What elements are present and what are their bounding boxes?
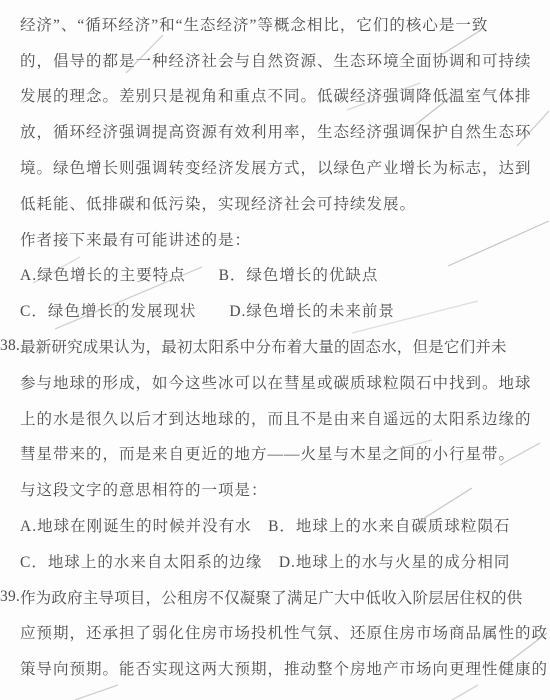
text-layer: 经济”、“循环经济”和“生态经济”等概念相比，它们的核心是一致 的，倡导的都是一… [0, 0, 550, 686]
scanned-exam-page: 经济”、“循环经济”和“生态经济”等概念相比，它们的核心是一致 的，倡导的都是一… [0, 0, 550, 700]
question-39-stem-line: 作为政府主导项目，公租房不仅凝聚了满足广大中低收入阶层居住权的供 [20, 586, 522, 608]
question-37-options-ab: A.绿色增长的主要特点 B．绿色增长的优缺点 [20, 257, 542, 293]
passage-line: 放，循环经济强调提高资源有效利用率，生态经济强调保护自然生态环 [20, 113, 542, 149]
question-37-options-cd: C．绿色增长的发展现状 D.绿色增长的未来前景 [20, 292, 542, 328]
question-38-line: 38.最新研究成果认为，最初太阳系中分布着大量的固态水，但是它们并未 [0, 328, 542, 364]
question-38-stem-line: 彗星带来的，而是来自更近的地方——火星与木星之间的小行星带。 [20, 436, 542, 472]
question-39-line: 39.作为政府主导项目，公租房不仅凝聚了满足广大中低收入阶层居住权的供 [0, 579, 542, 615]
question-38-question: 与这段文字的意思相符的一项是： [20, 471, 542, 507]
passage-line: 经济”、“循环经济”和“生态经济”等概念相比，它们的核心是一致 [20, 6, 542, 42]
question-38-stem-line: 上的水是很久以后才到达地球的，而且不是由来自遥远的太阳系边缘的 [20, 400, 542, 436]
passage-line: 的，倡导的都是一种经济社会与自然资源、生态环境全面协调和可持续 [20, 42, 542, 78]
question-38-stem-line: 最新研究成果认为，最初太阳系中分布着大量的固态水，但是它们并未 [20, 335, 507, 357]
question-38-stem-line: 参与地球的形成，如今这些冰可以在彗星或碳质球粒陨石中找到。地球 [20, 364, 542, 400]
question-39-number: 39. [0, 588, 20, 606]
question-38-number: 38. [0, 337, 20, 355]
passage-line: 发展的理念。差别只是视角和重点不同。低碳经济强调降低温室气体排 [20, 78, 542, 114]
question-37-stem: 作者接下来最有可能讲述的是： [20, 221, 542, 257]
passage-line: 低耗能、低排碳和低污染，实现经济社会可持续发展。 [20, 185, 542, 221]
question-39-stem-line: 策导向预期。能否实现这两大预期，推动整个房地产市场向更理性健康的 [20, 650, 542, 686]
question-38-options-cd: C．地球上的水来自太阳系的边缘 D.地球上的水与火星的成分相同 [20, 543, 542, 579]
question-39-stem-line: 应预期，还承担了弱化住房市场投机性气氛、还原住房市场商品属性的政 [20, 615, 542, 651]
question-38-options-ab: A.地球在刚诞生的时候并没有水 B．地球上的水来自碳质球粒陨石 [20, 507, 542, 543]
passage-line: 境。绿色增长则强调转变经济发展方式，以绿色产业增长为标志，达到 [20, 149, 542, 185]
